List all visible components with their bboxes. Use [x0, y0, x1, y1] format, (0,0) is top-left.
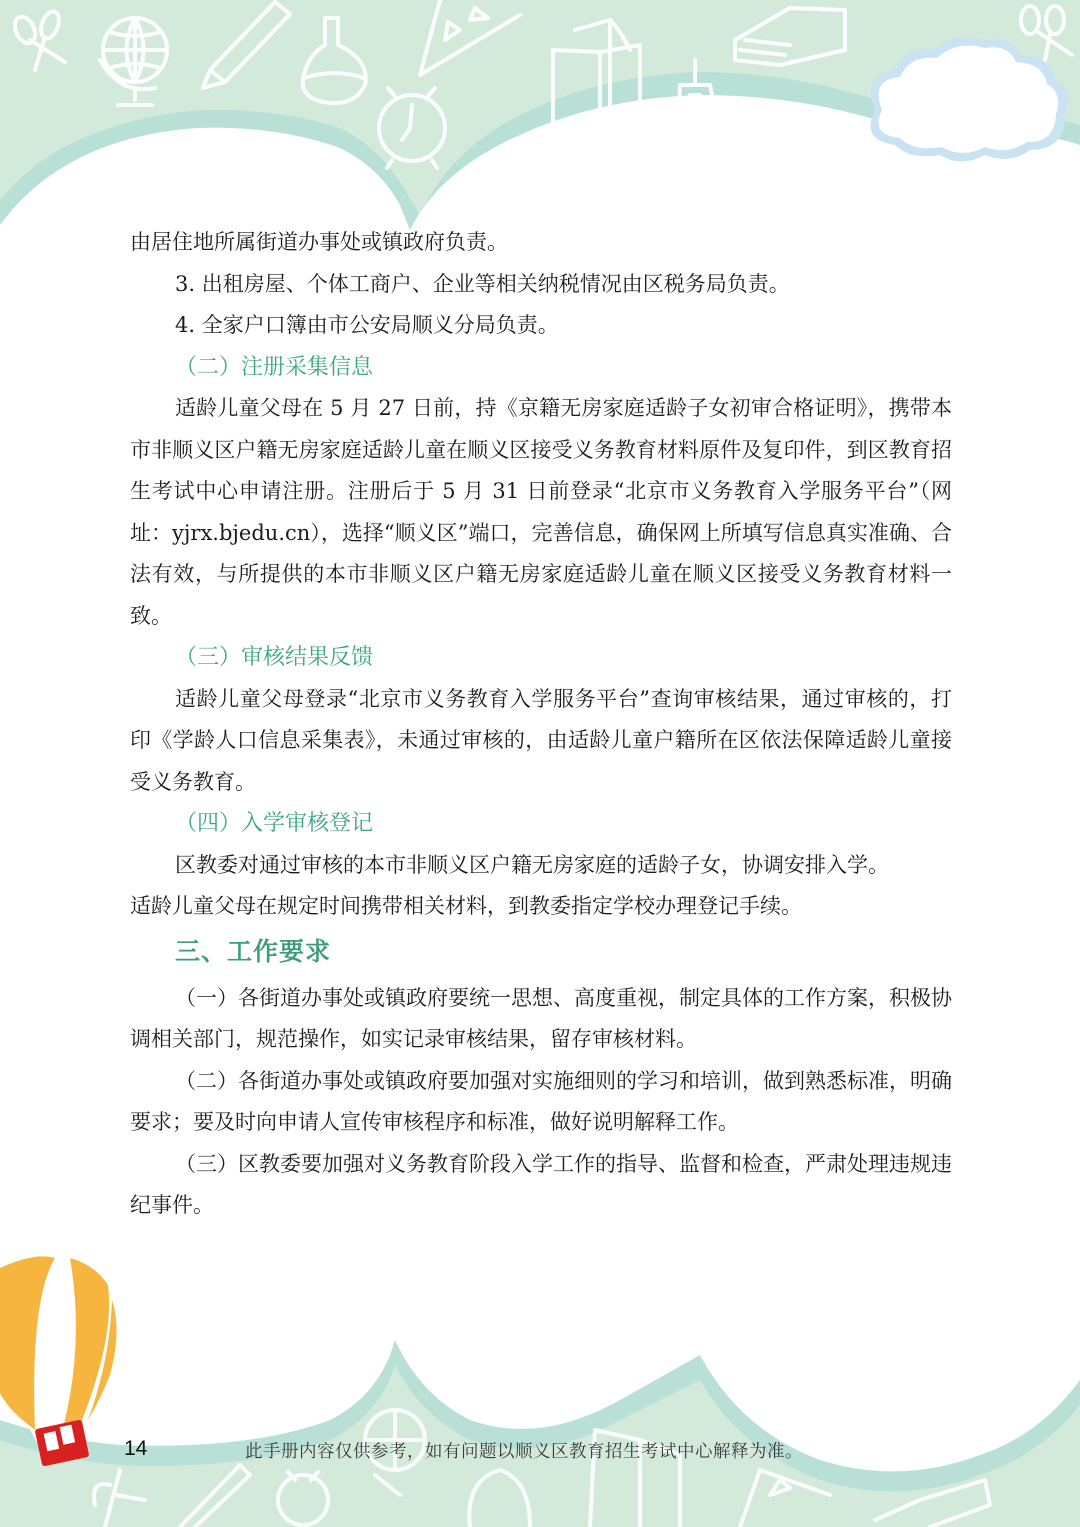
- paragraph-register-info: 适龄儿童父母在 5 月 27 日前，持《京籍无房家庭适龄子女初审合格证明》，携带…: [130, 388, 952, 637]
- requirement-2: （二）各街道办事处或镇政府要加强对实施细则的学习和培训，做到熟悉标准，明确要求；…: [130, 1061, 952, 1144]
- sub-heading-register-info: （二）注册采集信息: [130, 347, 952, 389]
- paragraph-enrollment-2: 适龄儿童父母在规定时间携带相关材料，到教委指定学校办理登记手续。: [130, 886, 952, 928]
- list-item-3: 3. 出租房屋、个体工商户、企业等相关纳税情况由区税务局负责。: [130, 264, 952, 306]
- document-page: 由居住地所属街道办事处或镇政府负责。 3. 出租房屋、个体工商户、企业等相关纳税…: [0, 0, 1080, 1527]
- section-heading-work-requirements: 三、工作要求: [130, 930, 952, 974]
- paragraph-continuation: 由居住地所属街道办事处或镇政府负责。: [130, 222, 952, 264]
- main-content: 由居住地所属街道办事处或镇政府负责。 3. 出租房屋、个体工商户、企业等相关纳税…: [130, 222, 952, 1227]
- requirement-3: （三）区教委要加强对义务教育阶段入学工作的指导、监督和检查，严肃处理违规违纪事件…: [130, 1144, 952, 1227]
- paragraph-review-feedback: 适龄儿童父母登录“北京市义务教育入学服务平台”查询审核结果，通过审核的，打印《学…: [130, 679, 952, 804]
- sub-heading-review-feedback: （三）审核结果反馈: [130, 637, 952, 679]
- sub-heading-enrollment-registration: （四）入学审核登记: [130, 803, 952, 845]
- page-number: 14: [124, 1437, 147, 1461]
- footer-disclaimer: 此手册内容仅供参考，如有问题以顺义区教育招生考试中心解释为准。: [245, 1438, 803, 1463]
- list-item-4: 4. 全家户口簿由市公安局顺义分局负责。: [130, 305, 952, 347]
- paragraph-enrollment-1: 区教委对通过审核的本市非顺义区户籍无房家庭的适龄子女，协调安排入学。: [130, 845, 952, 887]
- requirement-1: （一）各街道办事处或镇政府要统一思想、高度重视，制定具体的工作方案，积极协调相关…: [130, 978, 952, 1061]
